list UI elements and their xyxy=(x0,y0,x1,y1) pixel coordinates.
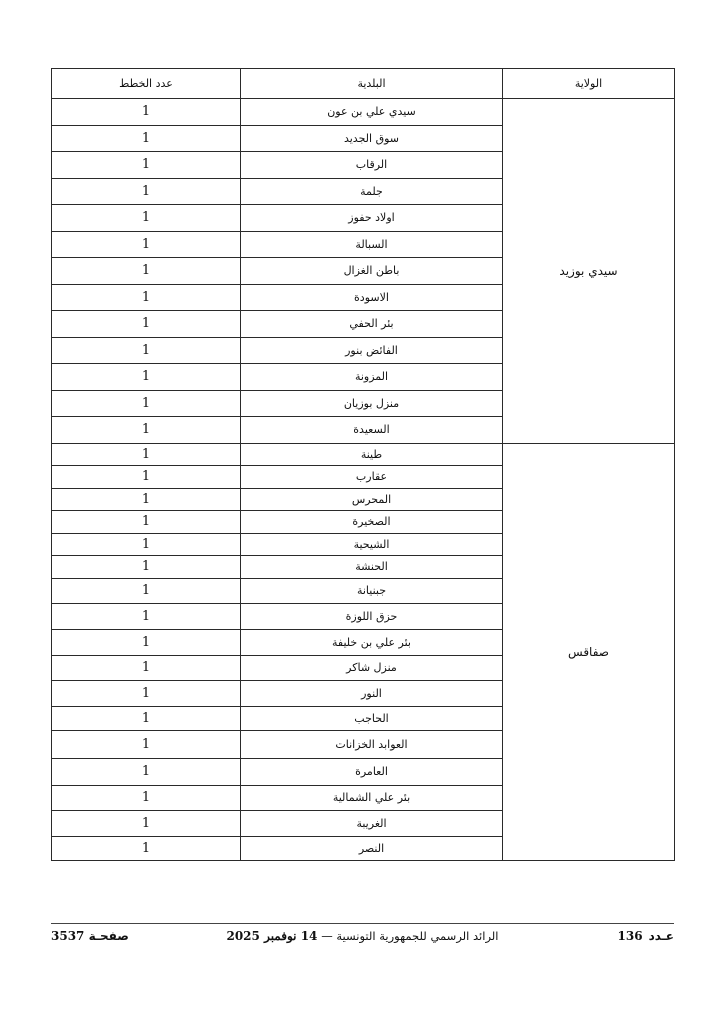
municipality-cell: منزل بوزيان xyxy=(241,390,503,417)
plans-count-cell: 1 xyxy=(52,311,241,338)
municipality-cell: بئر علي الشمالية xyxy=(241,785,503,811)
plans-count-cell: 1 xyxy=(52,730,241,759)
municipality-cell: الحنشة xyxy=(241,556,503,579)
table-row: سيدي بوزيدسيدي علي بن عون1 xyxy=(52,99,675,126)
municipality-cell: الرقاب xyxy=(241,152,503,179)
header-municipality: البلدية xyxy=(241,69,503,99)
municipality-cell: العوابد الخزانات xyxy=(241,730,503,759)
plans-count-cell: 1 xyxy=(52,443,241,466)
plans-count-cell: 1 xyxy=(52,488,241,511)
municipality-cell: الصخيرة xyxy=(241,511,503,534)
municipality-cell: النصر xyxy=(241,836,503,861)
header-plans-count: عدد الخطط xyxy=(52,69,241,99)
municipality-cell: باطن الغزال xyxy=(241,258,503,285)
municipality-cell: العامرة xyxy=(241,759,503,786)
plans-count-cell: 1 xyxy=(52,533,241,556)
plans-count-cell: 1 xyxy=(52,152,241,179)
plans-table: الولاية البلدية عدد الخطط سيدي بوزيدسيدي… xyxy=(51,68,675,861)
plans-count-cell: 1 xyxy=(52,811,241,837)
municipality-cell: الحاجب xyxy=(241,707,503,731)
municipality-cell: بئر الحفي xyxy=(241,311,503,338)
plans-count-cell: 1 xyxy=(52,284,241,311)
plans-count-cell: 1 xyxy=(52,759,241,786)
plans-count-cell: 1 xyxy=(52,578,241,604)
page-number: صفحـة 3537 xyxy=(51,929,129,943)
document-page: الولاية البلدية عدد الخطط سيدي بوزيدسيدي… xyxy=(0,0,724,1024)
municipality-cell: المزونة xyxy=(241,364,503,391)
governorate-cell: صفاقس xyxy=(503,443,675,861)
plans-count-cell: 1 xyxy=(52,785,241,811)
footer-divider xyxy=(51,923,674,924)
plans-count-cell: 1 xyxy=(52,417,241,444)
municipality-cell: السبالة xyxy=(241,231,503,258)
plans-count-cell: 1 xyxy=(52,364,241,391)
plans-count-cell: 1 xyxy=(52,656,241,681)
governorate-cell: سيدي بوزيد xyxy=(503,99,675,444)
table-row: صفاقسطينة1 xyxy=(52,443,675,466)
municipality-cell: حزق اللوزة xyxy=(241,604,503,630)
municipality-cell: الاسودة xyxy=(241,284,503,311)
journal-title: الرائد الرسمي للجمهورية التونسية — xyxy=(321,929,498,943)
plans-count-cell: 1 xyxy=(52,511,241,534)
page-footer: عـدد136 الرائد الرسمي للجمهورية التونسية… xyxy=(51,929,674,949)
journal-info: الرائد الرسمي للجمهورية التونسية — 14 نو… xyxy=(51,929,674,943)
municipality-cell: المحرس xyxy=(241,488,503,511)
municipality-cell: بئر علي بن خليفة xyxy=(241,629,503,656)
table-body: سيدي بوزيدسيدي علي بن عون1سوق الجديد1الر… xyxy=(52,99,675,861)
plans-count-cell: 1 xyxy=(52,707,241,731)
plans-count-cell: 1 xyxy=(52,231,241,258)
plans-count-cell: 1 xyxy=(52,99,241,126)
plans-count-cell: 1 xyxy=(52,604,241,630)
page-label: صفحـة xyxy=(89,929,129,943)
municipality-cell: منزل شاكر xyxy=(241,656,503,681)
plans-count-cell: 1 xyxy=(52,337,241,364)
plans-count-cell: 1 xyxy=(52,258,241,285)
plans-count-cell: 1 xyxy=(52,178,241,205)
municipality-cell: السعيدة xyxy=(241,417,503,444)
municipality-cell: عقارب xyxy=(241,466,503,489)
municipality-cell: الغريبة xyxy=(241,811,503,837)
plans-count-cell: 1 xyxy=(52,125,241,152)
table-header-row: الولاية البلدية عدد الخطط xyxy=(52,69,675,99)
plans-count-cell: 1 xyxy=(52,390,241,417)
municipality-cell: سوق الجديد xyxy=(241,125,503,152)
page-value: 3537 xyxy=(51,929,84,943)
municipality-cell: الشيحية xyxy=(241,533,503,556)
plans-count-cell: 1 xyxy=(52,629,241,656)
issue-date: 14 نوفمبر 2025 xyxy=(226,929,317,943)
plans-count-cell: 1 xyxy=(52,205,241,232)
municipality-cell: سيدي علي بن عون xyxy=(241,99,503,126)
municipality-cell: النور xyxy=(241,680,503,707)
municipality-cell: جبنيانة xyxy=(241,578,503,604)
plans-count-cell: 1 xyxy=(52,466,241,489)
municipality-cell: جلمة xyxy=(241,178,503,205)
header-governorate: الولاية xyxy=(503,69,675,99)
municipality-cell: الفائض بنور xyxy=(241,337,503,364)
plans-count-cell: 1 xyxy=(52,680,241,707)
municipality-cell: طينة xyxy=(241,443,503,466)
municipality-cell: اولاد حفوز xyxy=(241,205,503,232)
plans-count-cell: 1 xyxy=(52,556,241,579)
plans-count-cell: 1 xyxy=(52,836,241,861)
